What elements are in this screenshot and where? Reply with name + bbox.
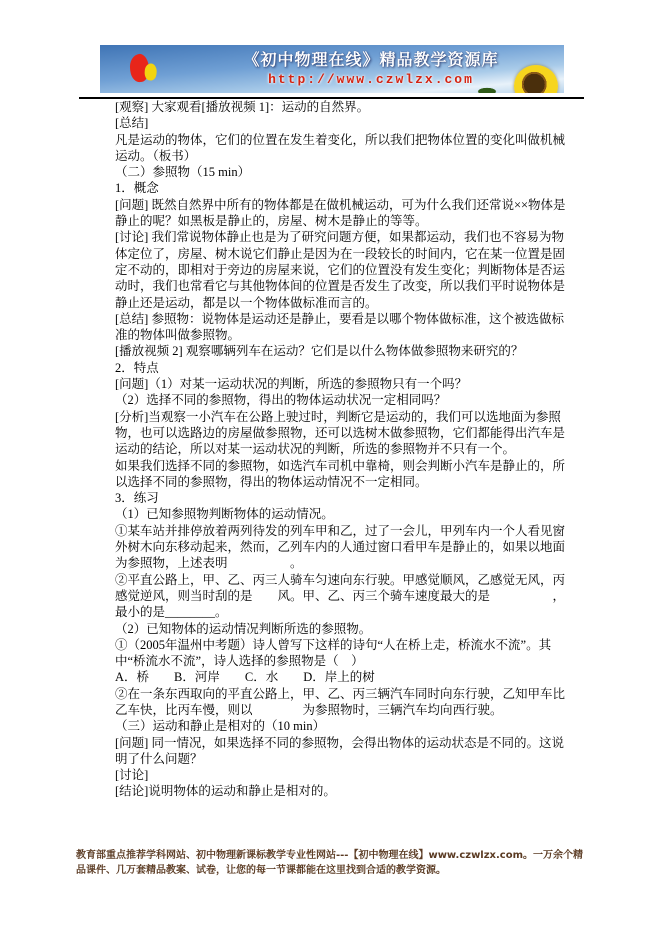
- section-heading: （三）运动和静止是相对的（10 min）: [115, 718, 572, 734]
- paragraph: [观察] 大家观看[播放视频 1]：运动的自然界。: [115, 99, 572, 115]
- banner-text-block: 《初中物理在线》精品教学资源库 http://www.czwlzx.com: [216, 47, 526, 87]
- paragraph: [分析]当观察一小汽车在公路上驶过时，判断它是运动的，我们可以选地面为参照物，也…: [115, 409, 572, 458]
- flame-logo-icon: [128, 53, 151, 83]
- site-banner: 《初中物理在线》精品教学资源库 http://www.czwlzx.com: [100, 45, 564, 93]
- plant-icon: [476, 87, 498, 93]
- paragraph: [总结]: [115, 115, 572, 131]
- document-header: 《初中物理在线》精品教学资源库 http://www.czwlzx.com: [79, 45, 584, 99]
- paragraph: （2）已知物体的运动情况判断所选的参照物。: [115, 621, 572, 637]
- paragraph: [问题]（1）对某一运动状况的判断，所选的参照物只有一个吗？: [115, 376, 572, 392]
- paragraph: [总结] 参照物：说物体是运动还是静止，要看是以哪个物体做标准，这个被选做标准的…: [115, 311, 572, 344]
- exercise-item: ②平直公路上，甲、乙、丙三人骑车匀速向东行驶。甲感觉顺风，乙感觉无风，丙感觉逆风…: [115, 572, 572, 621]
- subsection-heading: 3．练习: [115, 490, 572, 506]
- exercise-item: ①（2005年温州中考题）诗人曾写下这样的诗句“人在桥上走，桥流水不流”。其中“…: [115, 637, 572, 670]
- section-heading: （二）参照物（15 min）: [115, 164, 572, 180]
- answer-choices: A．桥 B．河岸 C．水 D．岸上的树: [115, 669, 572, 685]
- paragraph: [讨论]: [115, 767, 572, 783]
- paragraph: [结论]说明物体的运动和静止是相对的。: [115, 783, 572, 799]
- sunflower-icon: [514, 65, 558, 93]
- subsection-heading: 2．特点: [115, 360, 572, 376]
- paragraph: [问题] 同一情况，如果选择不同的参照物，会得出物体的运动状态是不同的。这说明了…: [115, 735, 572, 768]
- paragraph: [问题] 既然自然界中所有的物体都是在做机械运动，可为什么我们还常说××物体是静…: [115, 197, 572, 230]
- paragraph: （1）已知参照物判断物体的运动情况。: [115, 506, 572, 522]
- paragraph: [讨论] 我们常说物体静止也是为了研究问题方便，如果都运动，我们也不容易为物体定…: [115, 229, 572, 310]
- lesson-plan-body: [观察] 大家观看[播放视频 1]：运动的自然界。 [总结] 凡是运动的物体，它…: [115, 99, 572, 800]
- paragraph: （2）选择不同的参照物，得出的物体运动状况一定相同吗？: [115, 392, 572, 408]
- paragraph: [播放视频 2] 观察哪辆列车在运动？它们是以什么物体做参照物来研究的？: [115, 343, 572, 359]
- exercise-item: ①某车站并排停放着两列待发的列车甲和乙，过了一会儿，甲列车内一个人看见窗外树木向…: [115, 523, 572, 572]
- paragraph: 凡是运动的物体，它们的位置在发生着变化，所以我们把物体位置的变化叫做机械运动。（…: [115, 132, 572, 165]
- footer-promo-text: 教育部重点推荐学科网站、初中物理新课标教学专业性网站---【初中物理在线】www…: [76, 849, 588, 878]
- site-url: http://www.czwlzx.com: [216, 72, 526, 87]
- paragraph: 如果我们选择不同的参照物，如选汽车司机中靠椅，则会判断小汽车是静止的，所以选择不…: [115, 458, 572, 491]
- exercise-item: ②在一条东西取向的平直公路上，甲、乙、丙三辆汽车同时向东行驶，乙知甲车比乙车快，…: [115, 686, 572, 719]
- subsection-heading: 1．概念: [115, 180, 572, 196]
- site-title: 《初中物理在线》精品教学资源库: [216, 47, 526, 70]
